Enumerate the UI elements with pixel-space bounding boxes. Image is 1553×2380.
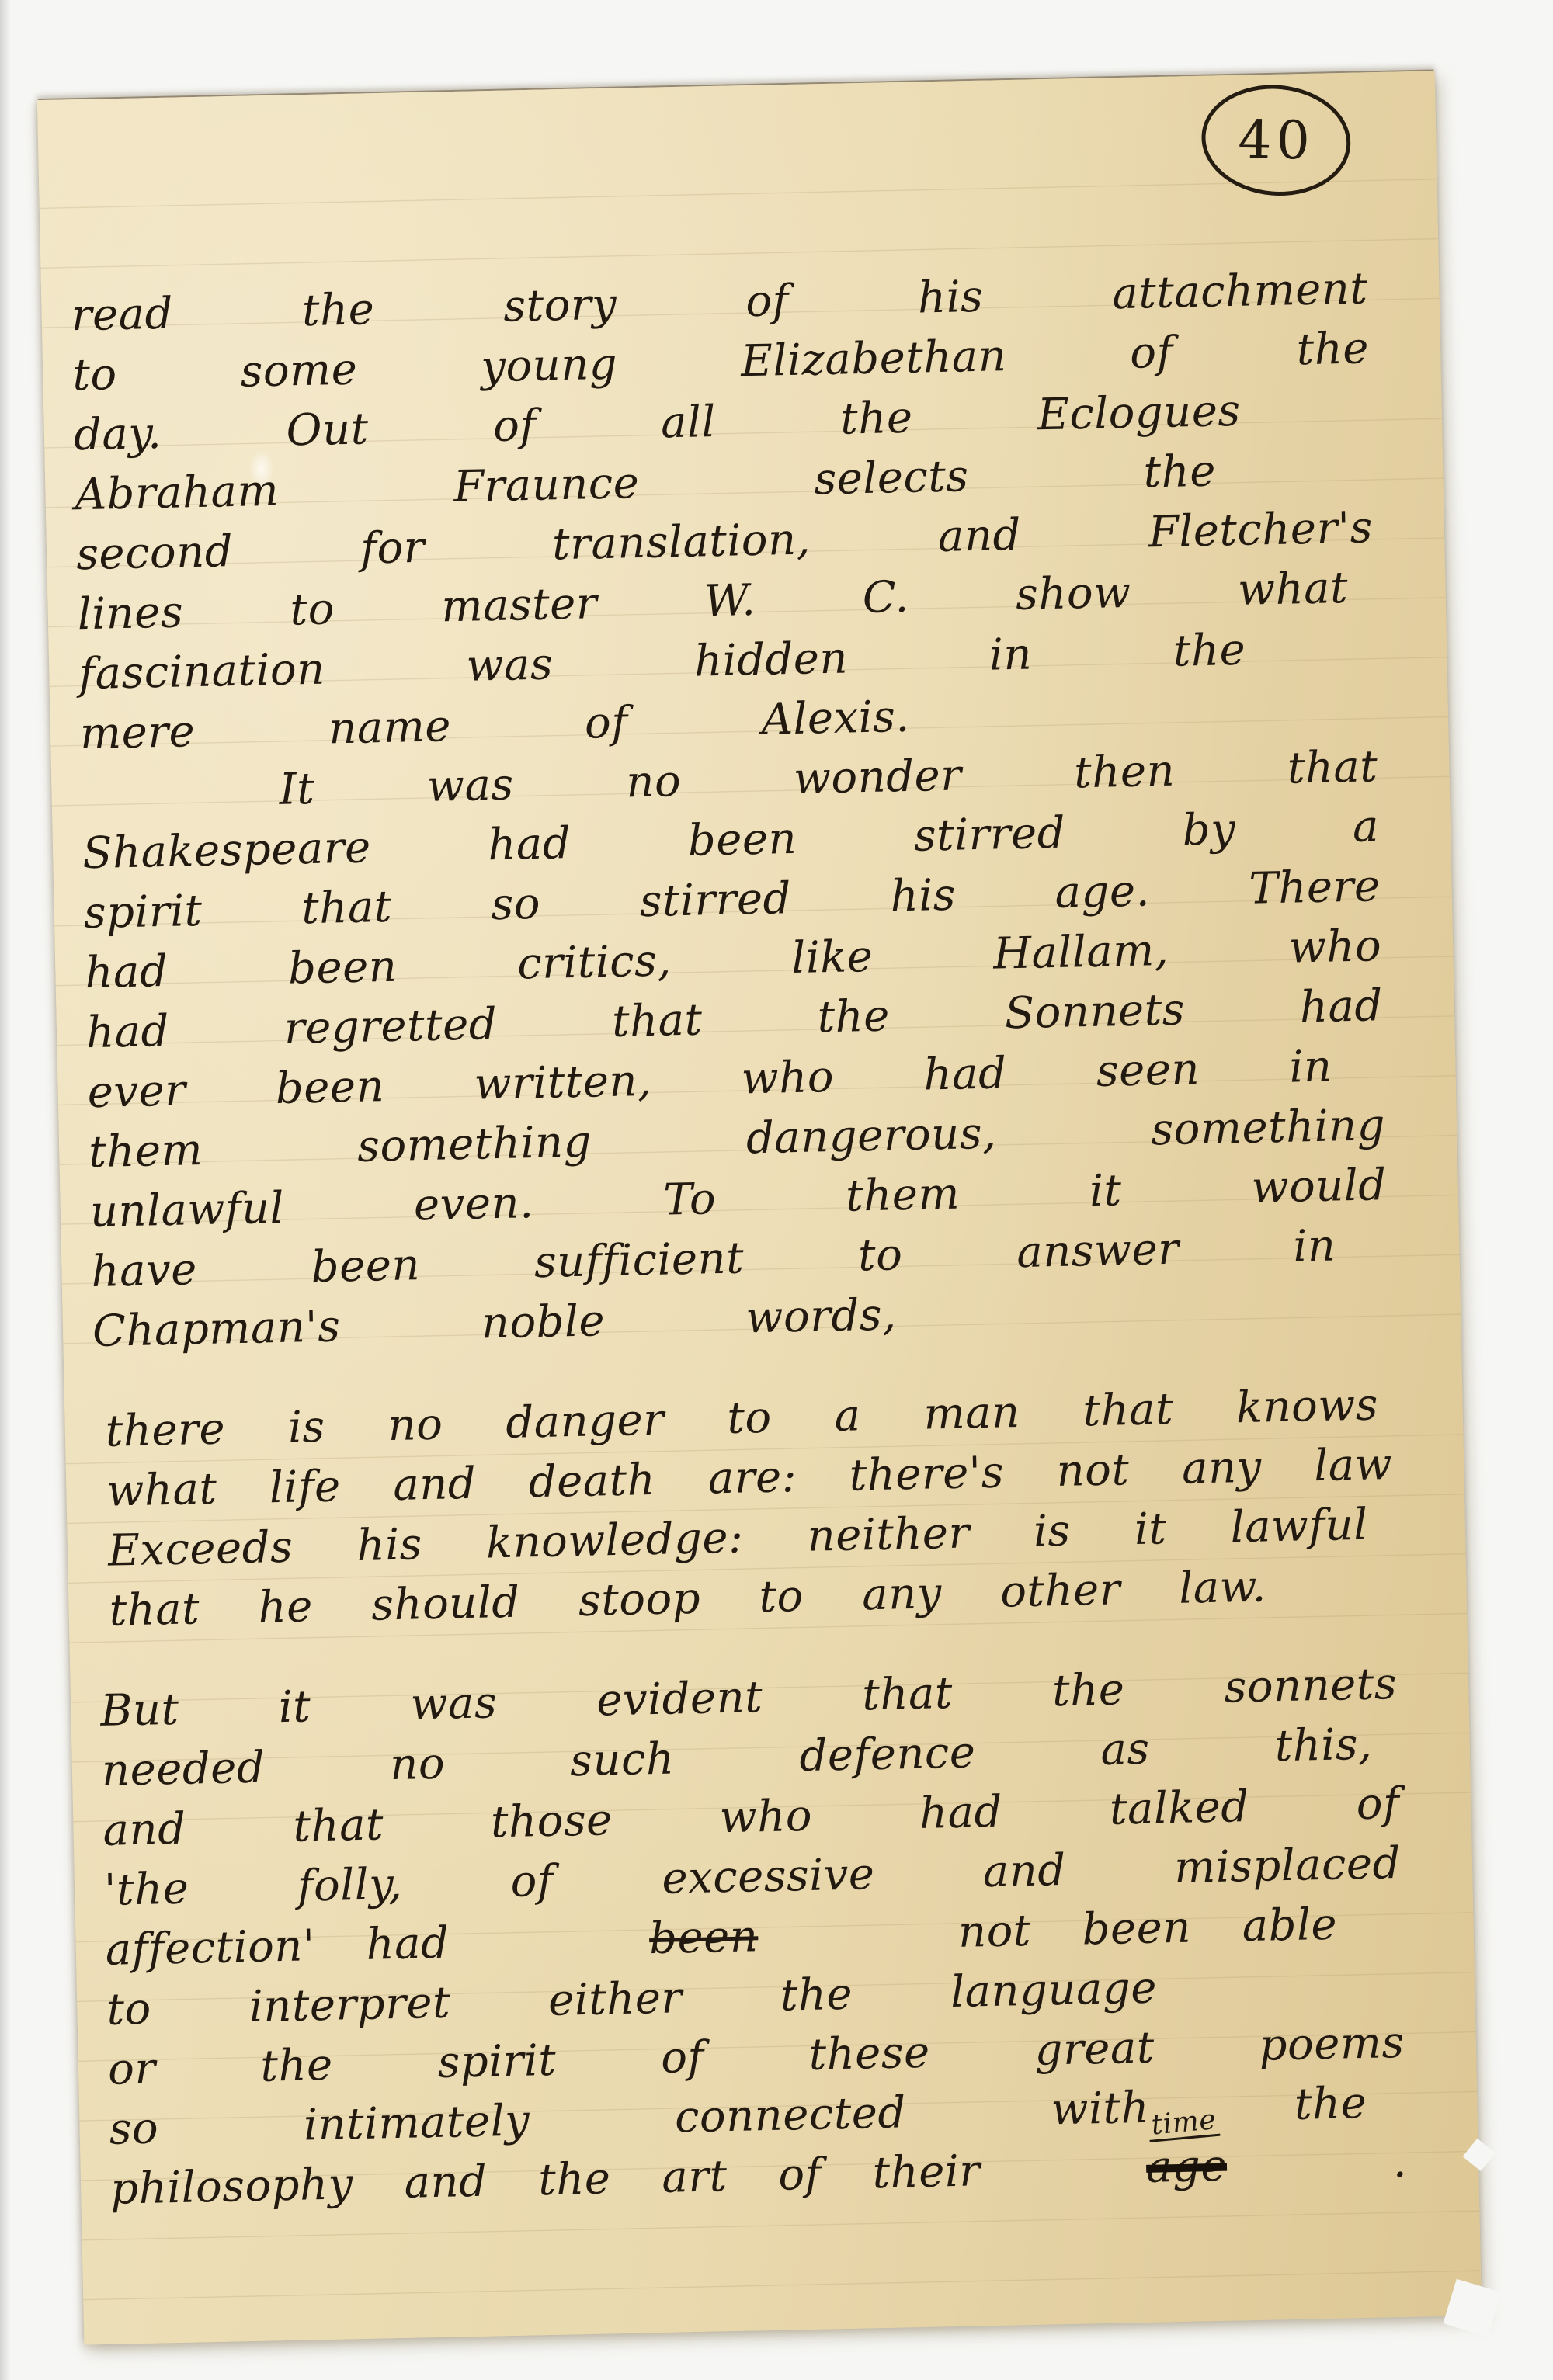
word: misplaced (1173, 1834, 1401, 1898)
word: stirred (639, 869, 792, 932)
word: There (1249, 856, 1381, 919)
word: danger (506, 1390, 665, 1453)
word: had (85, 942, 169, 1003)
word: selects (814, 446, 970, 509)
word: written, (474, 1051, 652, 1115)
word: that (301, 877, 392, 938)
word: of (584, 692, 628, 753)
word: to (290, 579, 335, 640)
word: it (278, 1677, 311, 1737)
word: knows (1235, 1375, 1378, 1438)
word: young (481, 335, 618, 397)
word: he (258, 1577, 314, 1637)
word: Chapman's (92, 1296, 341, 1362)
word: to (72, 345, 118, 405)
word: in (988, 625, 1033, 685)
word: But (100, 1680, 180, 1741)
word: Alexis. (761, 687, 911, 750)
word: neither (807, 1503, 971, 1566)
word: for (360, 518, 425, 579)
word: attachment (1112, 258, 1369, 324)
word: answer (1016, 1219, 1180, 1282)
word: the (1294, 2073, 1367, 2135)
word: of (1129, 323, 1173, 383)
word: are: (707, 1447, 797, 1508)
word: law (1313, 1435, 1392, 1496)
word: dangerous, (745, 1104, 997, 1169)
word: W. (704, 571, 756, 631)
word: master (441, 574, 598, 637)
word: would (1251, 1155, 1388, 1218)
page-number: 40 (1238, 109, 1315, 172)
word: regretted (283, 994, 498, 1059)
word: in (1289, 1037, 1333, 1098)
word: Out (286, 399, 370, 460)
word: and (102, 1799, 186, 1861)
word: so (109, 2098, 159, 2159)
word: story (503, 275, 617, 337)
word: other (999, 1559, 1120, 1622)
word: is (287, 1397, 325, 1458)
word: It (279, 759, 315, 820)
word: to (759, 1566, 804, 1627)
word: second (75, 522, 233, 585)
word: name (328, 696, 451, 758)
word: by (1182, 800, 1236, 860)
word: spirit (437, 2031, 557, 2093)
word: To (663, 1169, 717, 1230)
word: connected (674, 2083, 906, 2147)
word: that (109, 1579, 200, 1640)
word: age. (1054, 861, 1151, 923)
word: the (839, 388, 913, 449)
word: evident (596, 1667, 763, 1730)
word: it (1089, 1161, 1122, 1221)
word: what (1237, 558, 1348, 620)
word: stoop (578, 1569, 701, 1631)
word: all (660, 392, 716, 453)
word: even. (413, 1173, 534, 1235)
word: to (106, 1979, 152, 2040)
word: of (1356, 1774, 1400, 1834)
word: no (626, 751, 682, 812)
word: some (240, 340, 358, 402)
word: to (857, 1225, 903, 1285)
word: been (275, 1056, 385, 1119)
word: spirit (83, 881, 203, 943)
word: been (287, 937, 398, 999)
word: Shakespeare (82, 817, 371, 883)
word: the (1051, 1660, 1125, 1721)
word: that (862, 1664, 954, 1725)
word: had (919, 1782, 1002, 1844)
word: the (1173, 620, 1246, 682)
word: wonder (793, 745, 962, 809)
correction: time age (1145, 2136, 1227, 2198)
word: fascination (78, 640, 326, 705)
word: those (490, 1790, 613, 1852)
manuscript-page: 40 readthestoryofhisattachment tosomeyou… (37, 71, 1482, 2344)
word: who (741, 1047, 835, 1108)
word: Elizabethan (740, 326, 1007, 391)
word: there (105, 1399, 226, 1461)
word: and (393, 1454, 477, 1515)
word: as (1100, 1719, 1151, 1780)
word: ever (87, 1060, 186, 1122)
word: the (260, 2035, 334, 2097)
word: had (488, 814, 572, 875)
word: this, (1274, 1715, 1373, 1777)
word: life (269, 1456, 341, 1518)
word: the (780, 1965, 853, 2026)
word: been (687, 809, 797, 871)
word: the (1296, 318, 1370, 380)
word: no (387, 1395, 443, 1455)
word: man (923, 1383, 1021, 1445)
word: death (528, 1450, 656, 1512)
word: then (1073, 741, 1175, 803)
word: language (950, 1958, 1157, 2023)
word: that (293, 1795, 384, 1856)
word: was (426, 755, 514, 817)
word: great (1034, 2018, 1155, 2080)
line-text: . (1392, 2132, 1408, 2192)
word: should (370, 1573, 520, 1636)
word: law. (1179, 1556, 1267, 1618)
word: any (861, 1563, 942, 1625)
word: was (410, 1673, 498, 1734)
word: that (611, 990, 703, 1051)
word: defence (799, 1723, 977, 1786)
word: is (1033, 1501, 1071, 1562)
word: Hallam, (992, 921, 1169, 984)
word: them (845, 1164, 960, 1226)
word: of (510, 1851, 554, 1912)
page-number-circle: 40 (1197, 79, 1355, 202)
word: talked (1109, 1777, 1249, 1840)
scribbled-out-word: age (1145, 2141, 1227, 2193)
word: translation, (551, 509, 811, 574)
word: his (890, 866, 957, 927)
word: what (106, 1459, 217, 1521)
word: them (89, 1120, 203, 1182)
word: Abraham (75, 461, 280, 525)
word: Sonnets (1004, 980, 1186, 1043)
word: words, (745, 1285, 897, 1348)
word: something (356, 1112, 592, 1177)
word: any (1181, 1438, 1262, 1499)
word: in (1293, 1216, 1337, 1276)
scanner-edge-shadow (0, 0, 11, 2380)
line-text: not been able (957, 1895, 1338, 1962)
worn-corner (1443, 2279, 1501, 2337)
verse-quote: thereisnodangertoamanthatknows whatlifea… (105, 1375, 1395, 1641)
word: that (1287, 737, 1378, 798)
word: these (808, 2023, 931, 2085)
word: been (311, 1235, 421, 1297)
word: so (491, 874, 541, 935)
word: unlawful (89, 1178, 285, 1242)
word: have (91, 1240, 198, 1302)
word: to (727, 1388, 773, 1448)
inserted-word: time (1147, 2106, 1221, 2142)
word: noble (481, 1291, 606, 1353)
word: a (1352, 796, 1379, 857)
word: had (1299, 976, 1383, 1037)
word: interpret (248, 1973, 451, 2037)
word: who (719, 1786, 813, 1847)
manuscript-text: readthestoryofhisattachment tosomeyoungE… (71, 258, 1408, 2219)
word: and (937, 505, 1021, 567)
word: the (1143, 441, 1217, 502)
word: such (569, 1729, 675, 1791)
word: excessive (662, 1844, 875, 1909)
word: of (745, 271, 790, 331)
word: Exceeds (107, 1518, 294, 1581)
word: either (547, 1968, 683, 2031)
word: seen (1096, 1039, 1200, 1102)
torn-edge-notch (1463, 2139, 1496, 2171)
word: 'the (103, 1859, 189, 1920)
word: poems (1259, 2013, 1405, 2076)
word: was (466, 634, 554, 696)
word: hidden (693, 628, 848, 691)
word: knowledge: (485, 1508, 744, 1573)
word: a (834, 1386, 861, 1446)
word: folly, (297, 1854, 403, 1917)
word: that (1082, 1379, 1174, 1441)
word: needed (101, 1738, 266, 1801)
word: his (356, 1514, 423, 1576)
word: not (1056, 1440, 1130, 1501)
word: show (1015, 563, 1131, 625)
word: the (817, 986, 891, 1047)
word: or (107, 2039, 156, 2100)
word: something (1151, 1095, 1386, 1160)
word: critics, (516, 931, 672, 994)
word: had (923, 1043, 1007, 1105)
word: there's (849, 1442, 1005, 1505)
word: had (85, 1001, 169, 1063)
word: Eclogues (1037, 381, 1241, 445)
word: the (301, 279, 375, 341)
word: mere (79, 702, 196, 764)
strikethrough-word: been (648, 1906, 759, 1969)
word: read (71, 284, 174, 346)
word: Fraunce (453, 453, 640, 517)
word: intimately (303, 2090, 530, 2155)
word: sonnets (1224, 1654, 1398, 1718)
word: C. (862, 567, 909, 628)
word: it (1134, 1499, 1167, 1559)
final-paragraph: Butitwasevidentthatthesonnets needednosu… (100, 1654, 1408, 2219)
word: of (660, 2028, 704, 2088)
word: stirred (913, 803, 1066, 866)
word: Fletcher's (1148, 498, 1373, 562)
word: of (492, 396, 537, 456)
word: who (1288, 916, 1382, 977)
word: lines (77, 582, 184, 644)
word: no (389, 1734, 445, 1795)
word: day. (73, 404, 162, 465)
word: his (917, 267, 984, 328)
word: sufficient (533, 1228, 745, 1292)
word: like (791, 927, 874, 988)
word: with (1051, 2078, 1150, 2140)
word: and (982, 1841, 1066, 1902)
line-text: affection' had (105, 1913, 450, 1980)
word: lawful (1230, 1495, 1369, 1558)
